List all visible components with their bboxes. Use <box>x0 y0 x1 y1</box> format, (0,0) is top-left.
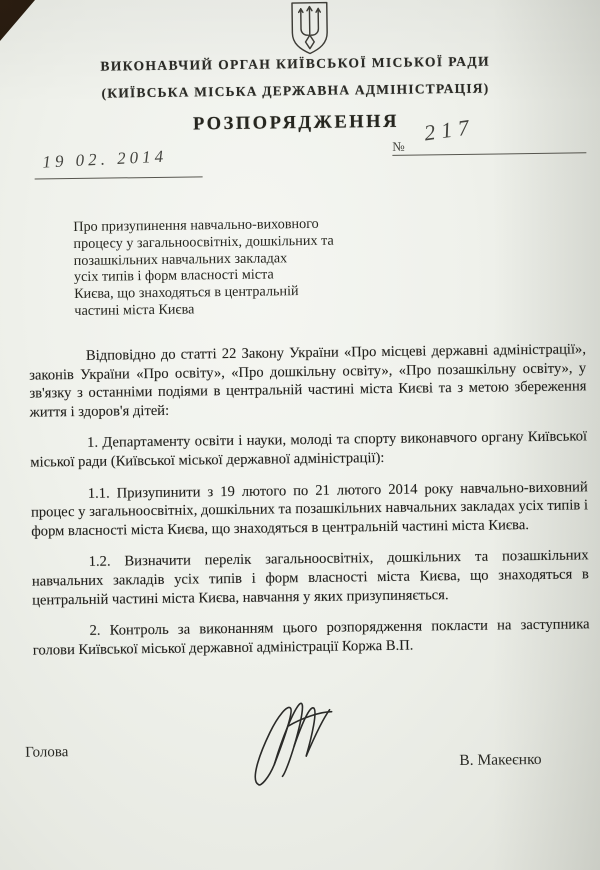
signature-row: Голова В. Макеєнко <box>3 692 600 810</box>
coat-of-arms-icon <box>278 0 341 56</box>
item-2-paragraph: 2. Контроль за виконанням цього розпоряд… <box>32 615 589 659</box>
document-page: ВИКОНАВЧИЙ ОРГАН КИЇВСЬКОЇ МІСЬКОЇ РАДИ … <box>0 0 600 870</box>
subject-block: Про призупинення навчально-виховного про… <box>73 215 374 320</box>
signer-name: В. Макеєнко <box>459 751 541 770</box>
item-1-1-paragraph: 1.1. Призупинити з 19 лютого по 21 лютог… <box>31 478 589 541</box>
item-1-2-paragraph: 1.2. Визначити перелік загальноосвітніх,… <box>32 547 590 610</box>
date-field: 19 02. 2014 <box>34 144 202 179</box>
handwritten-date: 19 02. 2014 <box>42 147 168 173</box>
item-1-paragraph: 1. Департаменту освіти і науки, молоді т… <box>30 428 587 472</box>
org-name-line2: (КИЇВСЬКА МІСЬКА ДЕРЖАВНА АДМІНІСТРАЦІЯ) <box>0 79 596 103</box>
number-field: № 217 <box>392 121 586 156</box>
preamble-paragraph: Відповідно до статті 22 Закону України «… <box>29 340 587 422</box>
signature-scribble-icon <box>243 695 354 796</box>
signer-title: Голова <box>25 744 68 762</box>
org-name-line1: ВИКОНАВЧИЙ ОРГАН КИЇВСЬКОЇ МІСЬКОЇ РАДИ <box>0 52 595 76</box>
number-sign-label: № <box>392 139 405 155</box>
body-text: Відповідно до статті 22 Закону України «… <box>29 340 590 673</box>
document-content: ВИКОНАВЧИЙ ОРГАН КИЇВСЬКОЇ МІСЬКОЇ РАДИ … <box>0 0 600 870</box>
handwritten-number: 217 <box>423 114 477 147</box>
subject-line: частині міста Києва <box>74 299 374 320</box>
photo-of-document: { "document": { "org_line1": "ВИКОНАВЧИЙ… <box>0 0 600 870</box>
